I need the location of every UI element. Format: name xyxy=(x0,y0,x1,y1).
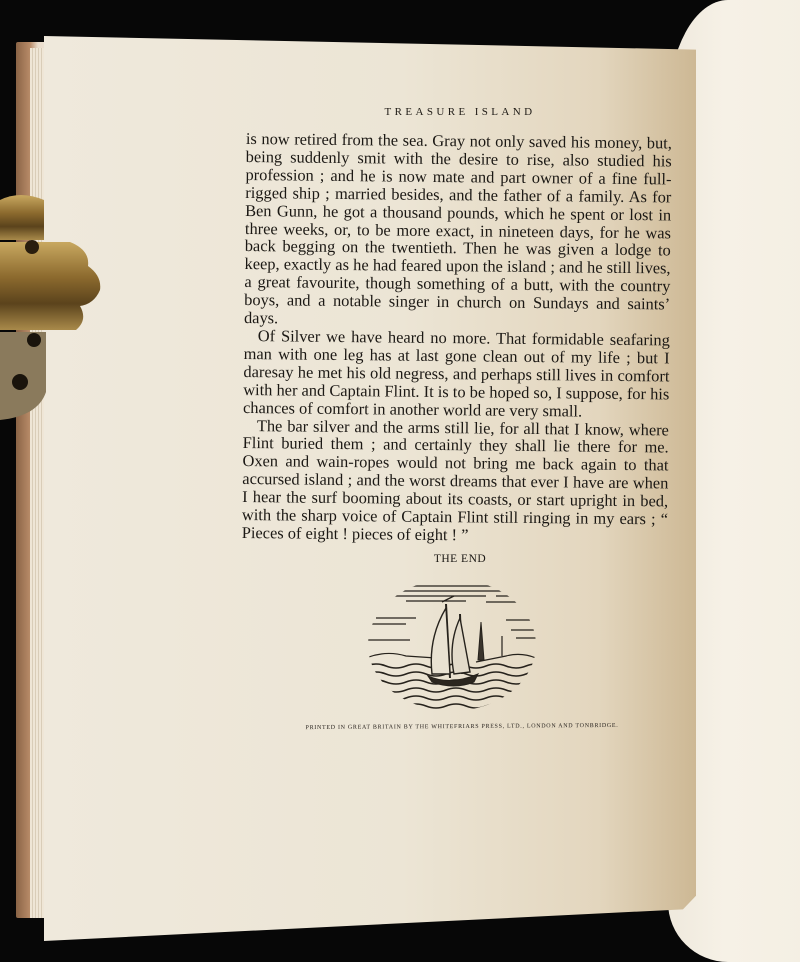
ship-engraving-icon xyxy=(366,574,538,716)
the-end-label: THE END xyxy=(244,553,676,565)
paragraph: is now retired from the sea. Gray not on… xyxy=(244,130,672,331)
paragraph: The bar silver and the arms still lie, f… xyxy=(242,416,669,546)
body-text: is now retired from the sea. Gray not on… xyxy=(242,130,672,546)
brass-clasp-icon xyxy=(0,192,102,422)
running-header: TREASURE ISLAND xyxy=(244,106,676,118)
paragraph: Of Silver we have heard no more. That fo… xyxy=(243,327,670,421)
